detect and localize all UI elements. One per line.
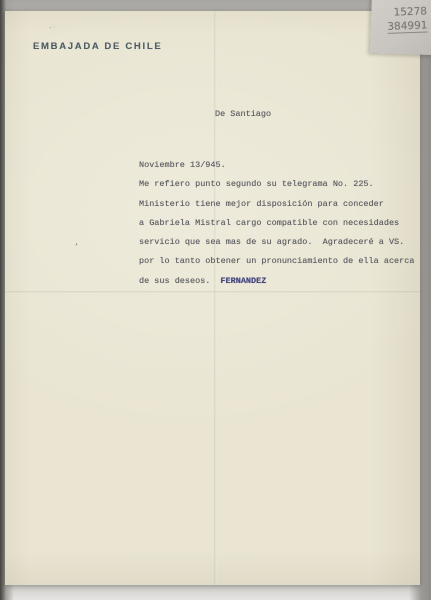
horizontal-fold-crease — [5, 291, 420, 294]
catalog-number-top: 15278 — [387, 5, 428, 20]
vertical-fold-crease — [214, 11, 217, 585]
signature-fernandez: FERNANDEZ — [220, 276, 266, 286]
letter-sheet: EMBAJADA DE CHILE De Santiago -· ’ Novie… — [5, 11, 420, 585]
body-line: Ministerio tiene mejor disposición para … — [139, 195, 414, 214]
body-line: por lo tanto obtener un pronunciamiento … — [139, 252, 414, 271]
body-line: a Gabriela Mistral cargo compatible con … — [139, 214, 414, 233]
letter-body: Noviembre 13/945. Me refiero punto segun… — [139, 156, 414, 291]
letterhead-embajada-de-chile: EMBAJADA DE CHILE — [33, 41, 162, 52]
origin-line: De Santiago — [215, 109, 271, 119]
catalog-number-bottom: 384991 — [387, 19, 428, 33]
body-line: de sus deseos. — [139, 276, 210, 286]
body-closing-line: de sus deseos.FERNANDEZ — [139, 272, 414, 291]
handwritten-catalog-numbers: 15278 384991 — [387, 5, 428, 33]
body-line: Me refiero punto segundo su telegrama No… — [139, 175, 414, 194]
date-line: Noviembre 13/945. — [139, 156, 414, 175]
body-line: servicio que sea mas de su agrado. Agrad… — [139, 233, 414, 252]
stray-comma-mark: ’ — [75, 243, 78, 253]
archive-card-corner: 15278 384991 — [370, 0, 431, 55]
stray-dash-mark: -· — [49, 23, 56, 32]
